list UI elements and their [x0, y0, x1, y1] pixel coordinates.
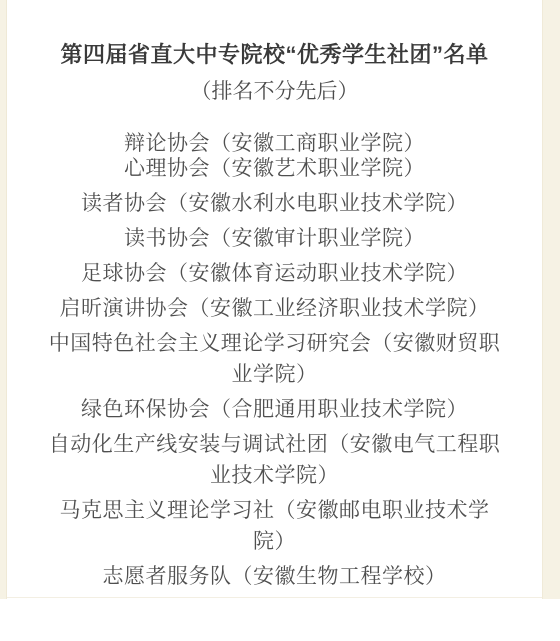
- list-item: 自动化生产线安装与调试社团（安徽电气工程职业技术学院）: [7, 429, 542, 491]
- document-card: 第四届省直大中专院校“优秀学生社团”名单 （排名不分先后） 辩论协会（安徽工商职…: [7, 0, 542, 598]
- list-item-line: 读书协会（安徽审计职业学院）: [7, 223, 542, 254]
- list-item-line: 中国特色社会主义理论学习研究会（安徽财贸职: [7, 328, 542, 359]
- list-item: 绿色环保协会（合肥通用职业技术学院）: [7, 394, 542, 425]
- page-title: 第四届省直大中专院校“优秀学生社团”名单: [7, 40, 542, 70]
- list-item-line: 绿色环保协会（合肥通用职业技术学院）: [7, 394, 542, 425]
- list-item-line: 马克思主义理论学习社（安徽邮电职业技术学: [7, 495, 542, 526]
- list-item-line: 业技术学院）: [7, 460, 542, 491]
- right-margin-strip: [542, 0, 560, 599]
- list-item-line: 业学院）: [7, 359, 542, 390]
- list-item-line: 启昕演讲协会（安徽工业经济职业技术学院）: [7, 293, 542, 324]
- list-item-line: 院）: [7, 526, 542, 557]
- list-item: 志愿者服务队（安徽生物工程学校）: [7, 561, 542, 592]
- list-item-line: 心理协会（安徽艺术职业学院）: [7, 153, 542, 184]
- list-item-line: 志愿者服务队（安徽生物工程学校）: [7, 561, 542, 592]
- page-subtitle: （排名不分先后）: [7, 77, 542, 107]
- list-item: 读者协会（安徽水利水电职业技术学院）: [7, 188, 542, 219]
- list-item: 中国特色社会主义理论学习研究会（安徽财贸职业学院）: [7, 328, 542, 390]
- list-item: 心理协会（安徽艺术职业学院）: [7, 153, 542, 184]
- club-list: 辩论协会（安徽工商职业学院）心理协会（安徽艺术职业学院）读者协会（安徽水利水电职…: [7, 128, 542, 592]
- list-item-line: 读者协会（安徽水利水电职业技术学院）: [7, 188, 542, 219]
- list-item: 启昕演讲协会（安徽工业经济职业技术学院）: [7, 293, 542, 324]
- list-item-line: 足球协会（安徽体育运动职业技术学院）: [7, 258, 542, 289]
- list-item-line: 自动化生产线安装与调试社团（安徽电气工程职: [7, 429, 542, 460]
- list-item: 马克思主义理论学习社（安徽邮电职业技术学院）: [7, 495, 542, 557]
- list-item: 足球协会（安徽体育运动职业技术学院）: [7, 258, 542, 289]
- list-item: 读书协会（安徽审计职业学院）: [7, 223, 542, 254]
- left-margin-strip: [0, 0, 7, 599]
